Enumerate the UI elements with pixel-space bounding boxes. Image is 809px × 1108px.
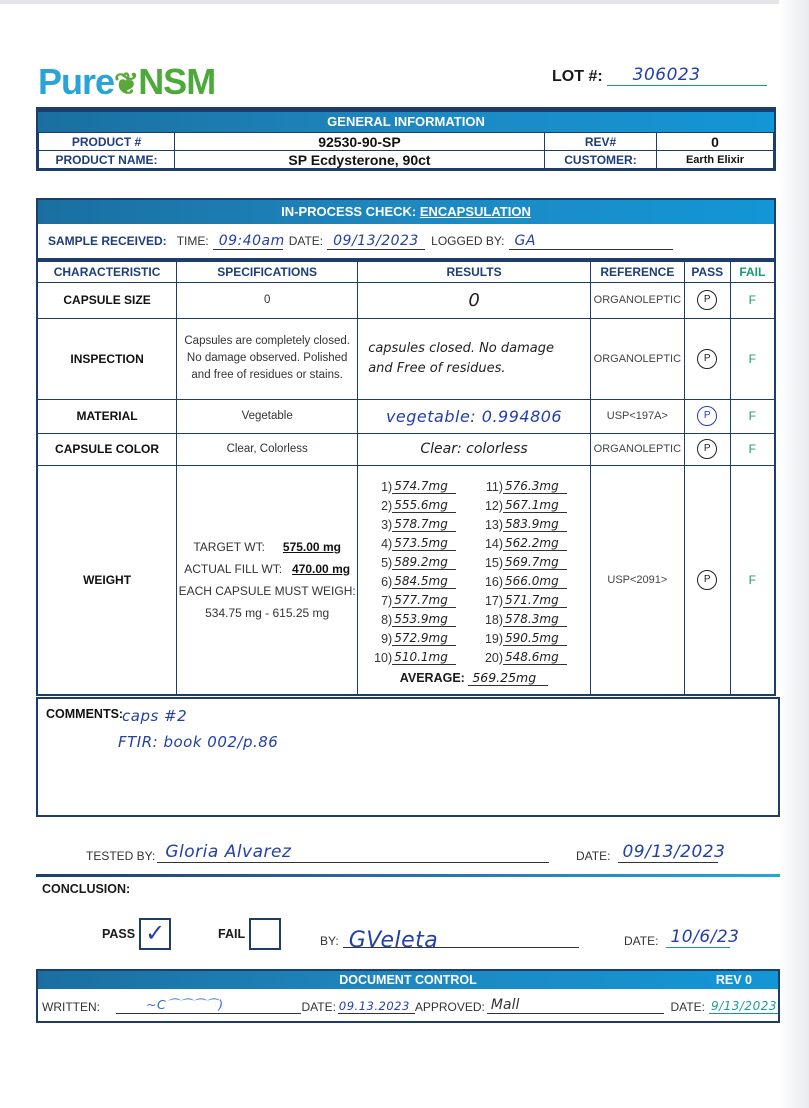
comments-box[interactable]: COMMENTS: caps #2 FTIR: book 002/p.86 — [36, 697, 780, 817]
approved-date-value: 9/13/2023 — [711, 999, 777, 1013]
by-signature-line[interactable]: GVeleta — [343, 918, 579, 948]
comment-line: caps #2 — [122, 707, 187, 725]
fail-cell[interactable]: F — [730, 282, 775, 318]
reference-cell: USP<2091> — [590, 465, 684, 695]
result-cell[interactable]: Clear: colorless — [358, 433, 591, 465]
table-row: CAPSULE SIZE 0 0 ORGANOLEPTIC P F — [37, 282, 775, 318]
customer-value: Earth Elixir — [657, 151, 774, 169]
reading-value[interactable]: 578.7mg — [392, 517, 456, 532]
logged-by-value: GA — [515, 233, 536, 249]
characteristic-cell: CAPSULE COLOR — [37, 433, 177, 465]
company-logo: Pure❦NSM — [38, 64, 215, 100]
reading-value[interactable]: 578.3mg — [503, 612, 567, 627]
conclusion-date-value: 10/6/23 — [670, 927, 739, 947]
weight-reading: 1)574.7mg — [370, 475, 469, 494]
date-value: 09/13/2023 — [333, 233, 419, 249]
fail-cell[interactable]: F — [730, 318, 775, 399]
reading-value[interactable]: 548.6mg — [503, 650, 567, 665]
specification-cell: Vegetable — [177, 399, 358, 433]
reference-cell: USP<197A> — [590, 399, 684, 433]
weight-reading: 5)589.2mg — [370, 551, 469, 570]
actual-fill-label: ACTUAL FILL WT: — [184, 562, 282, 576]
characteristic-cell: INSPECTION — [37, 318, 177, 399]
average-weight: AVERAGE: 569.25mg — [358, 670, 590, 688]
weight-reading: 4)573.5mg — [370, 532, 469, 551]
pass-circled-mark: P — [697, 406, 717, 426]
weight-reading: 20)548.6mg — [481, 646, 580, 665]
pass-circled-mark: P — [697, 290, 717, 310]
pass-circled-mark: P — [697, 439, 717, 459]
document-control-banner: DOCUMENT CONTROL REV 0 — [38, 971, 778, 989]
pass-checkbox[interactable]: ✓ — [139, 918, 171, 950]
reading-number: 16) — [481, 575, 503, 589]
comments-label: COMMENTS: — [46, 707, 123, 721]
general-information-table: PRODUCT # 92530-90-SP REV# 0 PRODUCT NAM… — [38, 132, 774, 169]
logged-by-label: LOGGED BY: — [431, 234, 504, 248]
reading-number: 18) — [481, 613, 503, 627]
weight-reading: 13)583.9mg — [481, 513, 580, 532]
reading-number: 13) — [481, 518, 503, 532]
logo-text-pure: Pure — [38, 61, 114, 102]
written-date-value: 09.13.2023 — [339, 999, 410, 1013]
approved-signature: Mall — [491, 997, 519, 1013]
weight-reading: 16)566.0mg — [481, 570, 580, 589]
title-stage: ENCAPSULATION — [420, 204, 531, 219]
tested-date-label: DATE: — [576, 849, 610, 863]
fail-label: FAIL — [218, 927, 245, 941]
result-cell[interactable]: vegetable: 0.994806 — [358, 399, 591, 433]
rev-label: REV# — [545, 133, 657, 151]
pass-cell[interactable]: P — [684, 318, 730, 399]
reading-value[interactable]: 576.3mg — [503, 479, 567, 494]
in-process-check-section: IN-PROCESS CHECK: ENCAPSULATION SAMPLE R… — [36, 198, 776, 260]
table-row-weight: WEIGHT TARGET WT:575.00 mg ACTUAL FILL W… — [37, 465, 775, 695]
reading-value[interactable]: 566.0mg — [503, 574, 567, 589]
pass-cell[interactable]: P — [684, 282, 730, 318]
actual-fill-value: 470.00 mg — [292, 562, 350, 576]
reading-number: 5) — [370, 556, 392, 570]
reading-number: 19) — [481, 632, 503, 646]
written-date-line[interactable]: 09.13.2023 — [338, 996, 415, 1014]
reading-value[interactable]: 583.9mg — [503, 517, 567, 532]
reading-value[interactable]: 577.7mg — [392, 593, 456, 608]
weight-range: 534.75 mg - 615.25 mg — [177, 607, 357, 619]
reading-value[interactable]: 573.5mg — [392, 536, 456, 551]
specification-cell: 0 — [177, 282, 358, 318]
document-control-row: WRITTEN: ~C⌒⌒⌒⌒) DATE: 09.13.2023 APPROV… — [38, 989, 778, 1021]
average-value[interactable]: 569.25mg — [468, 670, 548, 686]
section-divider — [36, 874, 780, 877]
reading-value[interactable]: 574.7mg — [392, 479, 456, 494]
weight-results-cell: 1)574.7mg11)576.3mg2)555.6mg12)567.1mg3)… — [358, 465, 591, 695]
reading-value[interactable]: 555.6mg — [392, 498, 456, 513]
actual-fill-weight: ACTUAL FILL WT:470.00 mg — [177, 563, 357, 575]
comment-line: FTIR: book 002/p.86 — [118, 733, 278, 751]
characteristic-cell: CAPSULE SIZE — [37, 282, 177, 318]
result-cell[interactable]: capsules closed. No damage and Free of r… — [358, 318, 591, 399]
pass-cell[interactable]: P — [684, 433, 730, 465]
in-process-results-table: CHARACTERISTIC SPECIFICATIONS RESULTS RE… — [36, 260, 776, 696]
reading-value[interactable]: 572.9mg — [392, 631, 456, 646]
weight-reading: 8)553.9mg — [370, 608, 469, 627]
weight-reading: 2)555.6mg — [370, 494, 469, 513]
reading-number: 9) — [370, 632, 392, 646]
reading-value[interactable]: 567.1mg — [503, 498, 567, 513]
weight-reading: 3)578.7mg — [370, 513, 469, 532]
table-row: MATERIAL Vegetable vegetable: 0.994806 U… — [37, 399, 775, 433]
result-cell[interactable]: 0 — [358, 282, 591, 318]
scan-top-edge — [0, 0, 809, 4]
weight-reading: 17)571.7mg — [481, 589, 580, 608]
reading-number: 1) — [370, 480, 392, 494]
average-label: AVERAGE: — [400, 671, 465, 685]
title-prefix: IN-PROCESS CHECK: — [281, 204, 420, 219]
tested-by-line[interactable]: Gloria Alvarez — [157, 843, 549, 863]
reading-number: 4) — [370, 537, 392, 551]
approved-date-line[interactable]: 9/13/2023 — [709, 996, 778, 1014]
conclusion-date-label: DATE: — [624, 934, 658, 948]
document-control-section: DOCUMENT CONTROL REV 0 WRITTEN: ~C⌒⌒⌒⌒) … — [36, 969, 780, 1023]
weight-specification-cell: TARGET WT:575.00 mg ACTUAL FILL WT:470.0… — [177, 465, 358, 695]
pass-circled-mark: P — [697, 349, 717, 369]
specification-cell: Capsules are completely closed. No damag… — [177, 318, 358, 399]
scan-right-edge — [779, 0, 809, 1108]
reading-number: 14) — [481, 537, 503, 551]
lot-value: 306023 — [633, 65, 701, 85]
column-header: RESULTS — [358, 261, 591, 282]
reading-number: 15) — [481, 556, 503, 570]
written-date-label: DATE: — [301, 1000, 335, 1014]
each-capsule-label: EACH CAPSULE MUST WEIGH: — [177, 585, 357, 597]
tested-date-value: 09/13/2023 — [622, 842, 725, 862]
reading-value[interactable]: 510.1mg — [392, 650, 456, 665]
general-information-section: GENERAL INFORMATION PRODUCT # 92530-90-S… — [36, 110, 776, 171]
conclusion-by-field: BY: GVeleta — [320, 918, 579, 948]
written-signature: ~C⌒⌒⌒⌒) — [146, 995, 224, 1013]
reading-number: 8) — [370, 613, 392, 627]
target-weight-label: TARGET WT: — [193, 540, 265, 554]
weight-reading: 14)562.2mg — [481, 532, 580, 551]
reference-cell: ORGANOLEPTIC — [590, 433, 684, 465]
reference-cell: ORGANOLEPTIC — [590, 318, 684, 399]
tested-date-line[interactable]: 09/13/2023 — [618, 843, 718, 863]
product-name-value: SP Ecdysterone, 90ct — [175, 151, 545, 169]
pass-label: PASS — [102, 927, 135, 941]
product-number-value: 92530-90-SP — [175, 133, 545, 151]
reading-value[interactable]: 569.7mg — [503, 555, 567, 570]
characteristic-cell: WEIGHT — [37, 465, 177, 695]
conclusion-date-line[interactable]: 10/6/23 — [666, 926, 730, 948]
rev-value: 0 — [657, 133, 774, 151]
time-value: 09:40am — [219, 233, 285, 249]
reading-number: 11) — [481, 480, 503, 494]
column-header: REFERENCE — [590, 261, 684, 282]
by-label: BY: — [320, 934, 339, 948]
weight-reading: 9)572.9mg — [370, 627, 469, 646]
weight-reading: 12)567.1mg — [481, 494, 580, 513]
tested-by-field: TESTED BY: Gloria Alvarez — [86, 843, 549, 863]
reading-value[interactable]: 571.7mg — [503, 593, 567, 608]
pass-circled-mark: P — [697, 570, 717, 590]
fail-cell[interactable]: F — [730, 433, 775, 465]
lot-number-field: LOT #: 306023 — [552, 66, 767, 86]
reference-cell: ORGANOLEPTIC — [590, 282, 684, 318]
weight-readings-grid: 1)574.7mg11)576.3mg2)555.6mg12)567.1mg3)… — [358, 471, 590, 665]
customer-label: CUSTOMER: — [545, 151, 657, 169]
approved-date-label: DATE: — [670, 1000, 704, 1014]
reading-number: 2) — [370, 499, 392, 513]
product-number-label: PRODUCT # — [39, 133, 175, 151]
reading-value[interactable]: 562.2mg — [503, 536, 567, 551]
document-rev: REV 0 — [716, 971, 752, 989]
tested-date-field: DATE: 09/13/2023 — [576, 843, 718, 863]
reading-number: 12) — [481, 499, 503, 513]
weight-reading: 19)590.5mg — [481, 627, 580, 646]
reading-value[interactable]: 589.2mg — [392, 555, 456, 570]
table-row: INSPECTION Capsules are completely close… — [37, 318, 775, 399]
target-weight: TARGET WT:575.00 mg — [177, 541, 357, 553]
sample-received-label: SAMPLE RECEIVED: — [48, 234, 167, 248]
reading-number: 17) — [481, 594, 503, 608]
reading-number: 7) — [370, 594, 392, 608]
time-label: TIME: — [177, 234, 209, 248]
specification-cell: Clear, Colorless — [177, 433, 358, 465]
lot-value-line[interactable]: 306023 — [607, 66, 767, 86]
weight-reading: 6)584.5mg — [370, 570, 469, 589]
pass-cell[interactable]: P — [684, 399, 730, 433]
logo-text-nsm: NSM — [138, 61, 215, 102]
tested-by-label: TESTED BY: — [86, 849, 155, 863]
weight-reading: 18)578.3mg — [481, 608, 580, 627]
tested-by-signature: Gloria Alvarez — [165, 842, 291, 862]
reading-number: 3) — [370, 518, 392, 532]
table-header-row: CHARACTERISTIC SPECIFICATIONS RESULTS RE… — [37, 261, 775, 282]
reading-number: 20) — [481, 651, 503, 665]
by-signature: GVeleta — [349, 928, 439, 953]
logged-by-field[interactable]: GA — [509, 232, 673, 250]
column-header: FAIL — [730, 261, 775, 282]
column-header: PASS — [684, 261, 730, 282]
in-process-check-title: IN-PROCESS CHECK: ENCAPSULATION — [38, 200, 774, 224]
date-field[interactable]: 09/13/2023 — [327, 232, 425, 250]
column-header: CHARACTERISTIC — [37, 261, 177, 282]
reading-value[interactable]: 584.5mg — [392, 574, 456, 589]
column-header: SPECIFICATIONS — [177, 261, 358, 282]
approved-signature-line[interactable]: Mall — [487, 996, 665, 1014]
conclusion-label: CONCLUSION: — [42, 882, 130, 896]
reading-number: 6) — [370, 575, 392, 589]
fail-option: FAIL — [218, 918, 281, 950]
date-label: DATE: — [289, 234, 323, 248]
product-name-label: PRODUCT NAME: — [39, 151, 175, 169]
sample-received-row: SAMPLE RECEIVED: TIME: 09:40am DATE: 09/… — [38, 224, 774, 260]
fail-checkbox[interactable] — [249, 918, 281, 950]
reading-value[interactable]: 590.5mg — [503, 631, 567, 646]
time-field[interactable]: 09:40am — [213, 232, 283, 250]
leaf-icon: ❦ — [114, 68, 138, 101]
document-control-title: DOCUMENT CONTROL — [339, 973, 477, 987]
general-information-title: GENERAL INFORMATION — [38, 112, 774, 132]
approved-label: APPROVED: — [415, 1000, 485, 1014]
table-row: CAPSULE COLOR Clear, Colorless Clear: co… — [37, 433, 775, 465]
reading-number: 10) — [370, 651, 392, 665]
pass-option: PASS ✓ — [102, 918, 171, 950]
weight-reading: 11)576.3mg — [481, 475, 580, 494]
characteristic-cell: MATERIAL — [37, 399, 177, 433]
lot-label: LOT #: — [552, 68, 603, 86]
fail-cell[interactable]: F — [730, 465, 775, 695]
pass-cell[interactable]: P — [684, 465, 730, 695]
weight-reading: 7)577.7mg — [370, 589, 469, 608]
written-label: WRITTEN: — [42, 1000, 100, 1014]
weight-reading: 15)569.7mg — [481, 551, 580, 570]
target-weight-value: 575.00 mg — [283, 540, 341, 554]
written-signature-line[interactable]: ~C⌒⌒⌒⌒) — [116, 996, 301, 1014]
fail-cell[interactable]: F — [730, 399, 775, 433]
conclusion-date-field: DATE: 10/6/23 — [624, 918, 730, 948]
reading-value[interactable]: 553.9mg — [392, 612, 456, 627]
weight-reading: 10)510.1mg — [370, 646, 469, 665]
